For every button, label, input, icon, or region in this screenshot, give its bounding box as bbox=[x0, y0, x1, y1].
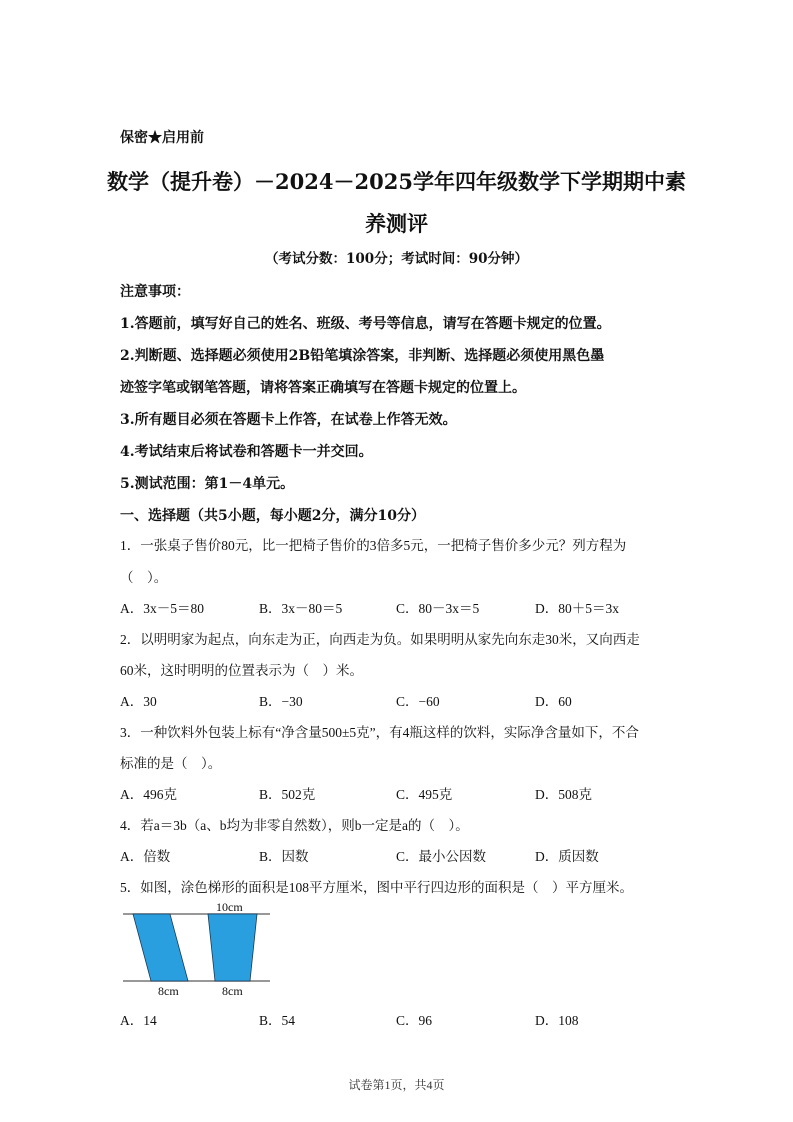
question-3-text: 3．一种饮料外包装上标有“净含量500±5克”，有4瓶这样的饮料，实际净含量如下… bbox=[120, 721, 639, 741]
confidential-label: 保密★启用前 bbox=[120, 127, 204, 147]
question-4-option-d: D．质因数 bbox=[535, 845, 599, 865]
label-bottom-left-8cm: 8cm bbox=[158, 984, 179, 998]
label-top-10cm: 10cm bbox=[216, 900, 243, 914]
question-5-option-d: D．108 bbox=[535, 1009, 579, 1029]
notice-heading: 注意事项： bbox=[120, 281, 190, 301]
question-4-option-c: C．最小公因数 bbox=[396, 845, 486, 865]
question-1-text: 1．一张桌子售价80元，比一把椅子售价的3倍多5元，一把椅子售价多少元？列方程为 bbox=[120, 534, 626, 554]
notice-item: 2.判断题、选择题必须使用2B铅笔填涂答案，非判断、选择题必须使用黑色墨 bbox=[120, 345, 604, 365]
question-2-option-b: B．−30 bbox=[259, 690, 303, 710]
notice-item: 5.测试范围：第1－4单元。 bbox=[120, 473, 294, 493]
parallelogram-shape bbox=[133, 914, 188, 981]
question-5-text: 5．如图，涂色梯形的面积是108平方厘米，图中平行四边形的面积是（ ）平方厘米。 bbox=[120, 876, 633, 896]
question-4-option-a: A．倍数 bbox=[120, 845, 170, 865]
notice-item: 1.答题前，填写好自己的姓名、班级、考号等信息，请写在答题卡规定的位置。 bbox=[120, 313, 611, 333]
question-2-option-c: C．−60 bbox=[396, 690, 440, 710]
question-3-text: 标准的是（ ）。 bbox=[120, 752, 221, 772]
exam-title-line1: 数学（提升卷）－2024－2025学年四年级数学下学期期中素 bbox=[0, 166, 793, 196]
trapezoid-parallelogram-figure: 10cm 8cm 8cm bbox=[118, 896, 278, 1002]
trapezoid-shape bbox=[208, 914, 257, 981]
question-5-option-b: B．54 bbox=[259, 1009, 295, 1029]
question-1-option-c: C．80－3x＝5 bbox=[396, 597, 479, 617]
question-5-option-a: A．14 bbox=[120, 1009, 157, 1029]
question-1-option-b: B．3x－80＝5 bbox=[259, 597, 342, 617]
section-heading: 一、选择题（共5小题，每小题2分，满分10分） bbox=[120, 505, 425, 525]
page-footer: 试卷第1页，共4页 bbox=[0, 1076, 793, 1093]
question-2-option-a: A．30 bbox=[120, 690, 157, 710]
exam-title-line2: 养测评 bbox=[0, 208, 793, 238]
question-5-option-c: C．96 bbox=[396, 1009, 432, 1029]
question-3-option-d: D．508克 bbox=[535, 783, 592, 803]
question-1-option-a: A．3x－5＝80 bbox=[120, 597, 204, 617]
exam-subtitle: （考试分数：100分；考试时间：90分钟） bbox=[0, 247, 793, 267]
question-3-option-a: A．496克 bbox=[120, 783, 177, 803]
question-2-text: 60米，这时明明的位置表示为（ ）米。 bbox=[120, 659, 363, 679]
notice-item: 迹签字笔或钢笔答题，请将答案正确填写在答题卡规定的位置上。 bbox=[120, 377, 526, 397]
question-3-option-b: B．502克 bbox=[259, 783, 315, 803]
question-1-text: （ ）。 bbox=[120, 566, 167, 586]
notice-item: 4.考试结束后将试卷和答题卡一并交回。 bbox=[120, 441, 373, 461]
question-4-text: 4．若a＝3b（a、b均为非零自然数），则b一定是a的（ ）。 bbox=[120, 814, 469, 834]
question-3-option-c: C．495克 bbox=[396, 783, 452, 803]
question-4-option-b: B．因数 bbox=[259, 845, 309, 865]
label-bottom-right-8cm: 8cm bbox=[222, 984, 243, 998]
question-2-text: 2．以明明家为起点，向东走为正，向西走为负。如果明明从家先向东走30米，又向西走 bbox=[120, 628, 640, 648]
question-2-option-d: D．60 bbox=[535, 690, 572, 710]
question-1-option-d: D．80＋5＝3x bbox=[535, 597, 619, 617]
notice-item: 3.所有题目必须在答题卡上作答，在试卷上作答无效。 bbox=[120, 409, 457, 429]
